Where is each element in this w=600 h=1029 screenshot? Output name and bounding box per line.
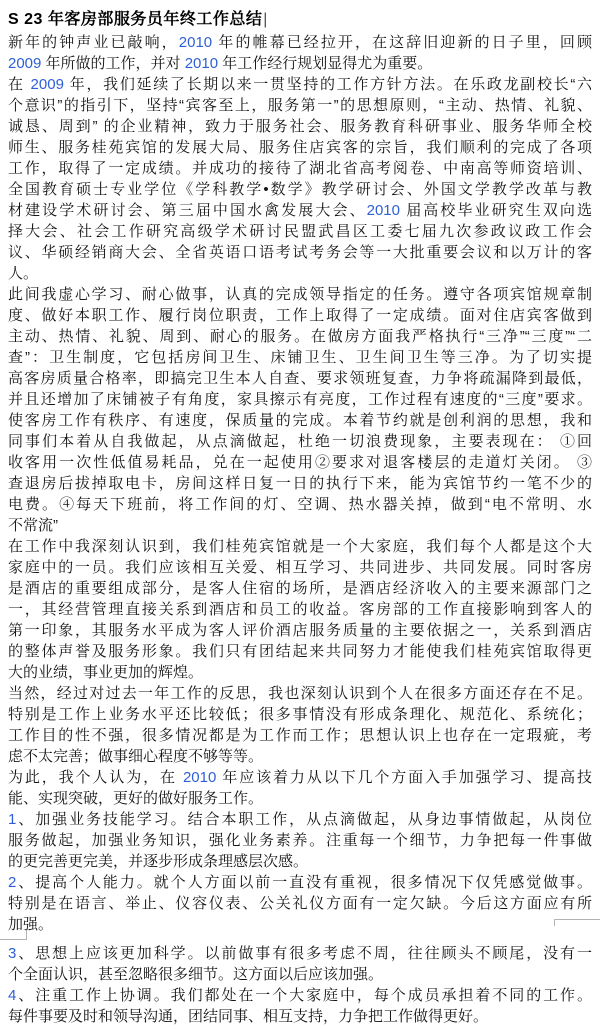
text-line: 特别是在语言、举止、仪容仪表、公关礼仪方面有一定欠缺。今后这方面应有所: [8, 893, 592, 914]
highlighted-number: 2009: [31, 76, 64, 93]
text-line: 并且还增加了床铺被子有角度，家具擦示有亮度，工作过程有速度的“三度”要求。: [8, 389, 592, 410]
text-line: 查退房后拔掉取电卡，房间这样日复一日的执行下来，能为宾馆节约一笔不少的: [8, 473, 592, 494]
text-line: 电费。④每天下班前，将工作间的灯、空调、热水器关掉，做到“电不常明、水: [8, 494, 592, 515]
text-line: 3、思想上应该更加科学。以前做事有很多考虑不周，往往顾头不顾尾，没有一: [8, 943, 592, 964]
text-line: 能、实现突破，更好的做好服务工作。: [8, 788, 592, 809]
text-cursor: |: [264, 8, 267, 32]
text-line: 在 2009 年，我们延续了长期以来一贯坚持的工作方针方法。在乐政龙副校长“六: [8, 74, 592, 95]
text-line: 高客房质量合格率，即搞完卫生本人自查、要求领班复查，力争将疏漏降到最低，: [8, 368, 592, 389]
text-line: 工作，取得了一定成绩。并成功的接待了湖北省高考阅卷、中南高等师资培训、: [8, 158, 592, 179]
highlighted-number: 2010: [185, 55, 218, 72]
document-title-text: S 23 年客房部服务员年终工作总结: [8, 11, 262, 28]
highlighted-number: 2010: [179, 34, 212, 51]
text-line: 议、华硕经销商大会、全省英语口语考试考务会等一大批重要会议和以万计的客: [8, 242, 592, 263]
text-line: 一，其经营管理直接关系到酒店和员工的收益。客房部的工作直接影响到客人的: [8, 599, 592, 620]
text-line: 2009 年所做的工作，并对 2010 年工作经行规划显得尤为重要。: [8, 53, 592, 74]
text-line: 在工作中我深刻认识到，我们桂苑宾馆就是一个大家庭，我们每个人都是这个大: [8, 536, 592, 557]
text-line: 此间我虚心学习、耐心做事，认真的完成领导指定的任务。遵守各项宾馆规章制: [8, 284, 592, 305]
page-margin-mark-left-icon: [0, 931, 27, 940]
text-line: 个全面认识，甚至忽略很多细节。这方面以后应该加强。: [8, 964, 592, 985]
page2-text-block: 3、思想上应该更加科学。以前做事有很多考虑不周，往往顾头不顾尾，没有一个全面认识…: [8, 943, 592, 1027]
text-line: 4、注重工作上协调。我们都处在一个大家庭中，每个成员承担着不同的工作。: [8, 985, 592, 1006]
text-line: 择大会、社会工作研究高级学术研讨民盟武昌区工委七届九次参政议政工作会: [8, 221, 592, 242]
text-line: 加强。: [8, 914, 592, 935]
text-line: 收客用一次性低值易耗品，兑在一起使用②要求对退客楼层的走道灯关闭。 ③: [8, 452, 592, 473]
document-page[interactable]: S 23 年客房部服务员年终工作总结| 新年的钟声业已敲响，2010 年的帷幕已…: [0, 0, 600, 1029]
highlighted-number: 2010: [183, 769, 216, 786]
text-line: 查”：卫生制度，它包括房间卫生、床铺卫生、卫生间卫生等三净。为了切实提: [8, 347, 592, 368]
highlighted-number: 2010: [367, 202, 400, 219]
text-line: 度、做好本职工作、履行岗位职责，工作上取得了一定成绩。面对住店宾客做到: [8, 305, 592, 326]
page-break: [8, 935, 592, 943]
text-line: 师生、服务桂苑宾馆的发展大局、服务住店宾客的宗旨，我们顺利的完成了各项: [8, 137, 592, 158]
text-line: 工作目的性不强，很多情况都是为工作而工作；思想认识上也存在一定瑕疵，考: [8, 725, 592, 746]
highlighted-number: 2009: [8, 55, 41, 72]
text-line: 诚恳、周到” 的企业精神，致力于服务社会、服务教育科研事业、服务华师全校: [8, 116, 592, 137]
text-line: 每件事要及时和领导沟通，团结同事、相互支持，力争把工作做得更好。: [8, 1006, 592, 1027]
text-line: 的整体声誉及服务形象。我们只有团结起来共同努力才能使我们桂苑宾馆取得更: [8, 641, 592, 662]
text-line: 人。: [8, 263, 592, 284]
page-margin-mark-right-icon: [554, 919, 600, 926]
text-line: 服务做起，加强业务知识，强化业务素养。注重每一个细节，力争把每一件事做: [8, 830, 592, 851]
text-line: 虑不太完善；做事细心程度不够等等。: [8, 746, 592, 767]
text-line: 特别是工作上业务水平还比较低；很多事情没有形成条理化、规范化、系统化；: [8, 704, 592, 725]
text-line: 全国教育硕士专业学位《学科教学•数学》教学研讨会、外国文学教学改革与教: [8, 179, 592, 200]
text-line: 当然，经过对过去一年工作的反思，我也深刻认识到个人在很多方面还存在不足。: [8, 683, 592, 704]
text-line: 材建设学术研讨会、第三届中国水禽发展大会、2010 届高校毕业研究生双向选: [8, 200, 592, 221]
text-line: 是酒店的重要组成部分，是客人住宿的场所，是酒店经济收入的主要来源部门之: [8, 578, 592, 599]
text-line: 新年的钟声业已敲响，2010 年的帷幕已经拉开，在这辞旧迎新的日子里，回顾: [8, 32, 592, 53]
text-line: 2、提高个人能力。就个人方面以前一直没有重视，很多情况下仅凭感觉做事。: [8, 872, 592, 893]
text-line: 不常流”: [8, 515, 592, 536]
text-line: 家庭中的一员。我们应该相互关爱、相互学习、共同进步、共同发展。同时客房: [8, 557, 592, 578]
text-line: 的更完善更完美，并逐步形成条理感层次感。: [8, 851, 592, 872]
text-line: 个意识”的指引下，坚持“宾客至上，服务第一”的思想原则，“主动、热情、礼貌、: [8, 95, 592, 116]
text-line: 同事们本着从自我做起，从点滴做起，杜绝一切浪费现象，主要表现在： ①回: [8, 431, 592, 452]
text-line: 使客房工作有秩序、有速度，保质量的完成。本着节约就是创利润的思想，我和: [8, 410, 592, 431]
text-line: 第一印象，其服务水平成为客人评价酒店服务质量的主要依据之一，关系到酒店: [8, 620, 592, 641]
text-line: 为此，我个人认为，在 2010 年应该着力从以下几个方面入手加强学习、提高技: [8, 767, 592, 788]
text-line: 主动、热情、礼貌、周到、耐心的服务。在做房方面我严格执行“三净”“三度”“二: [8, 326, 592, 347]
text-line: 大的业绩，事业更加的辉煌。: [8, 662, 592, 683]
text-line: 1、加强业务技能学习。结合本职工作，从点滴做起，从身边事情做起，从岗位: [8, 809, 592, 830]
document-title: S 23 年客房部服务员年终工作总结|: [8, 8, 592, 32]
page1-text-block: 新年的钟声业已敲响，2010 年的帷幕已经拉开，在这辞旧迎新的日子里，回顾200…: [8, 32, 592, 935]
